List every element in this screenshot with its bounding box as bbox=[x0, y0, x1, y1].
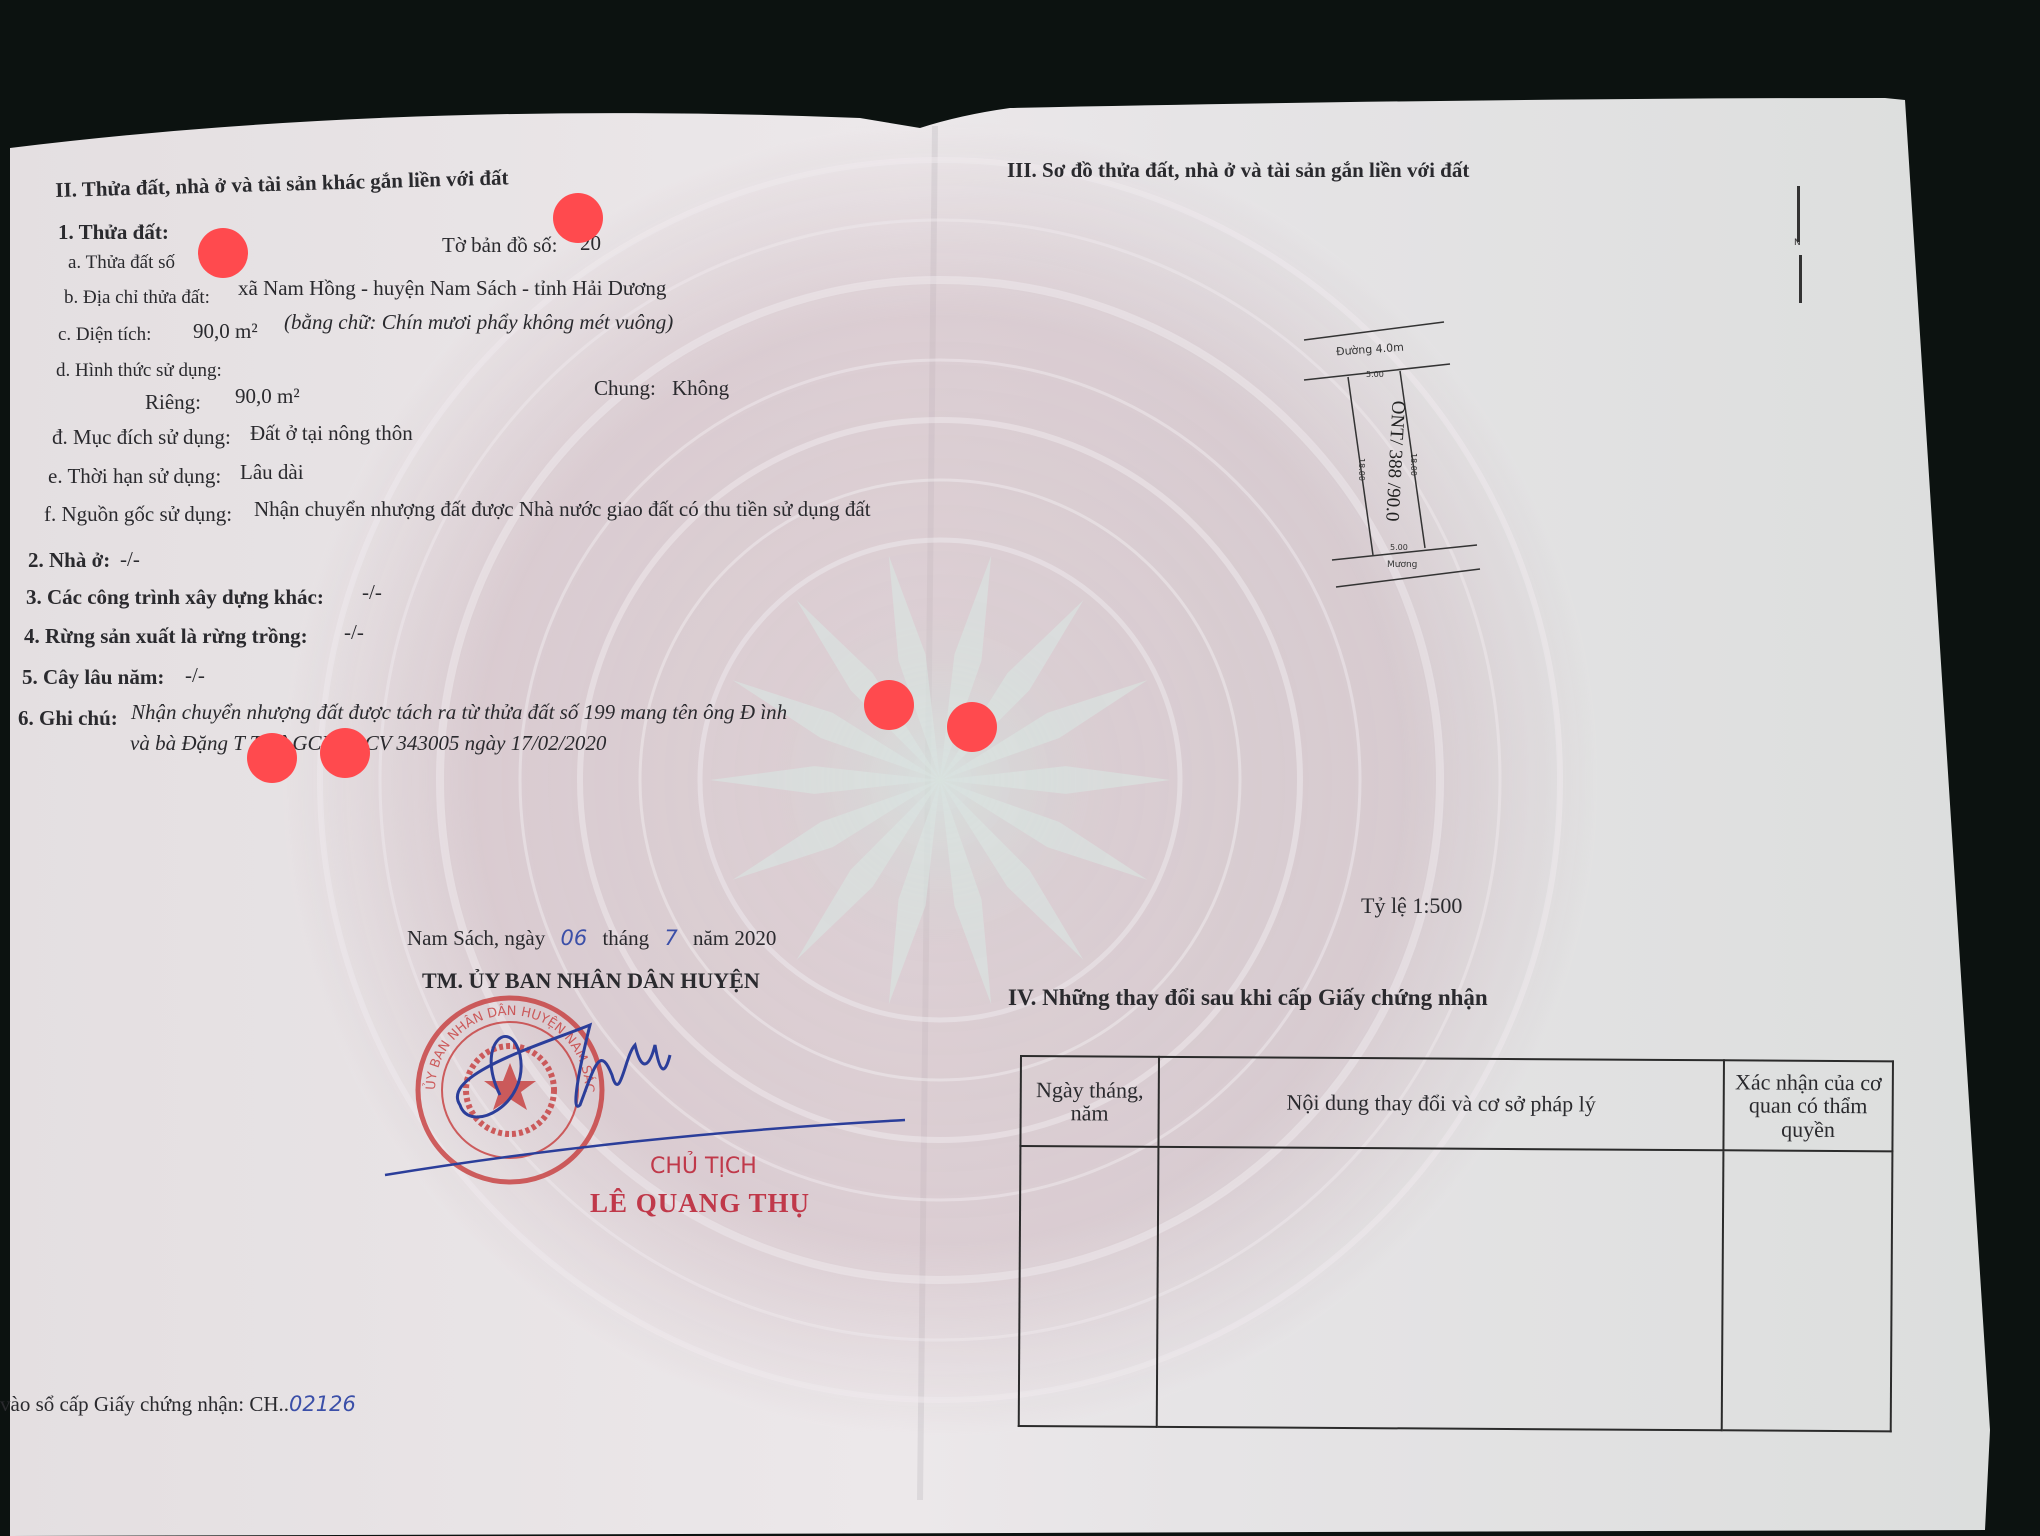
column-header-content: Nội dung thay đổi và cơ sở pháp lý bbox=[1158, 1057, 1724, 1150]
changes-table: Ngày tháng, năm Nội dung thay đổi và cơ … bbox=[1018, 1055, 1894, 1432]
certificate-document: II. Thửa đất, nhà ở và tài sản khác gắn … bbox=[0, 0, 2040, 1536]
shared-use-label: Chung: bbox=[594, 376, 656, 401]
other-construction-value: -/- bbox=[362, 580, 382, 605]
area-label: c. Diện tích: bbox=[58, 324, 151, 346]
left-edge-length: 18.00 bbox=[1357, 458, 1366, 481]
private-use-value: 90,0 m² bbox=[235, 384, 300, 409]
usage-form-label: d. Hình thức sử dụng: bbox=[56, 360, 222, 382]
address-value: xã Nam Hồng - huyện Nam Sách - tỉnh Hải … bbox=[238, 276, 666, 301]
house-label: 2. Nhà ở: bbox=[28, 548, 110, 573]
signing-month: 7 bbox=[664, 926, 677, 950]
top-edge-length: 5.00 bbox=[1366, 370, 1384, 379]
note-label: 6. Ghi chú: bbox=[18, 706, 118, 731]
registry-number: 02126 bbox=[289, 1392, 356, 1416]
redaction-mark bbox=[864, 680, 914, 730]
house-value: -/- bbox=[120, 547, 140, 572]
note-line-1: Nhận chuyển nhượng đất được tách ra từ t… bbox=[131, 700, 787, 725]
address-label: b. Địa chỉ thửa đất: bbox=[64, 287, 210, 309]
area-value: 90,0 m² bbox=[193, 319, 258, 344]
redaction-mark bbox=[320, 728, 370, 778]
redaction-mark bbox=[553, 193, 603, 243]
section-iii-title: III. Sơ đồ thửa đất, nhà ở và tài sản gắ… bbox=[1007, 158, 1469, 183]
origin-value: Nhận chuyển nhượng đất được Nhà nước gia… bbox=[254, 497, 871, 522]
forest-value: -/- bbox=[344, 620, 364, 645]
redaction-mark bbox=[247, 733, 297, 783]
signing-year: năm 2020 bbox=[693, 926, 776, 950]
term-label: e. Thời hạn sử dụng: bbox=[48, 464, 221, 489]
purpose-value: Đất ở tại nông thôn bbox=[250, 421, 413, 446]
cell-confirmation bbox=[1722, 1150, 1893, 1431]
cell-content bbox=[1157, 1147, 1724, 1430]
registry-label: vào sổ cấp Giấy chứng nhận: CH.. bbox=[0, 1392, 289, 1416]
section-iv-title: IV. Những thay đổi sau khi cấp Giấy chứn… bbox=[1008, 985, 1488, 1011]
parcel-heading: 1. Thửa đất: bbox=[58, 220, 169, 245]
canal-label: Mương bbox=[1387, 560, 1417, 570]
cell-date bbox=[1019, 1146, 1159, 1427]
other-construction-label: 3. Các công trình xây dựng khác: bbox=[26, 585, 324, 610]
official-stamp: ỦY BAN NHÂN DÂN HUYỆN NAM SÁCH TỈNH HẢI … bbox=[380, 985, 602, 1182]
area-in-words: (bằng chữ: Chín mươi phẩy không mét vuôn… bbox=[284, 310, 673, 335]
term-value: Lâu dài bbox=[240, 460, 304, 485]
month-label: tháng bbox=[602, 926, 649, 950]
signing-place-date: Nam Sách, ngày 06 tháng 7 năm 2020 bbox=[407, 926, 776, 951]
right-edge-length: 18.00 bbox=[1409, 453, 1418, 476]
column-header-confirmation: Xác nhận của cơ quan có thẩm quyền bbox=[1723, 1060, 1893, 1151]
parcel-number-label: a. Thửa đất số bbox=[68, 252, 175, 274]
perennial-value: -/- bbox=[185, 663, 205, 688]
origin-label: f. Nguồn gốc sử dụng: bbox=[44, 502, 232, 527]
redaction-mark bbox=[198, 228, 248, 278]
map-sheet-label: Tờ bản đồ số: bbox=[442, 233, 558, 258]
shared-use-value: Không bbox=[672, 376, 729, 401]
registry-line: vào sổ cấp Giấy chứng nhận: CH..02126 bbox=[0, 1392, 356, 1417]
signer-title: CHỦ TỊCH bbox=[650, 1154, 757, 1179]
private-use-label: Riêng: bbox=[145, 390, 201, 415]
table-row-empty bbox=[1019, 1146, 1893, 1431]
perennial-label: 5. Cây lâu năm: bbox=[22, 665, 164, 690]
signer-name: LÊ QUANG THỤ bbox=[590, 1188, 810, 1219]
purpose-label: đ. Mục đích sử dụng: bbox=[52, 425, 231, 450]
bottom-edge-length: 5.00 bbox=[1390, 543, 1408, 552]
signing-place: Nam Sách, ngày bbox=[407, 926, 545, 950]
forest-label: 4. Rừng sản xuất là rừng trồng: bbox=[24, 624, 308, 649]
signing-day: 06 bbox=[560, 926, 587, 950]
column-header-date: Ngày tháng, năm bbox=[1020, 1056, 1159, 1147]
redaction-mark bbox=[947, 702, 997, 752]
map-scale: Tỷ lệ 1:500 bbox=[1361, 893, 1462, 919]
